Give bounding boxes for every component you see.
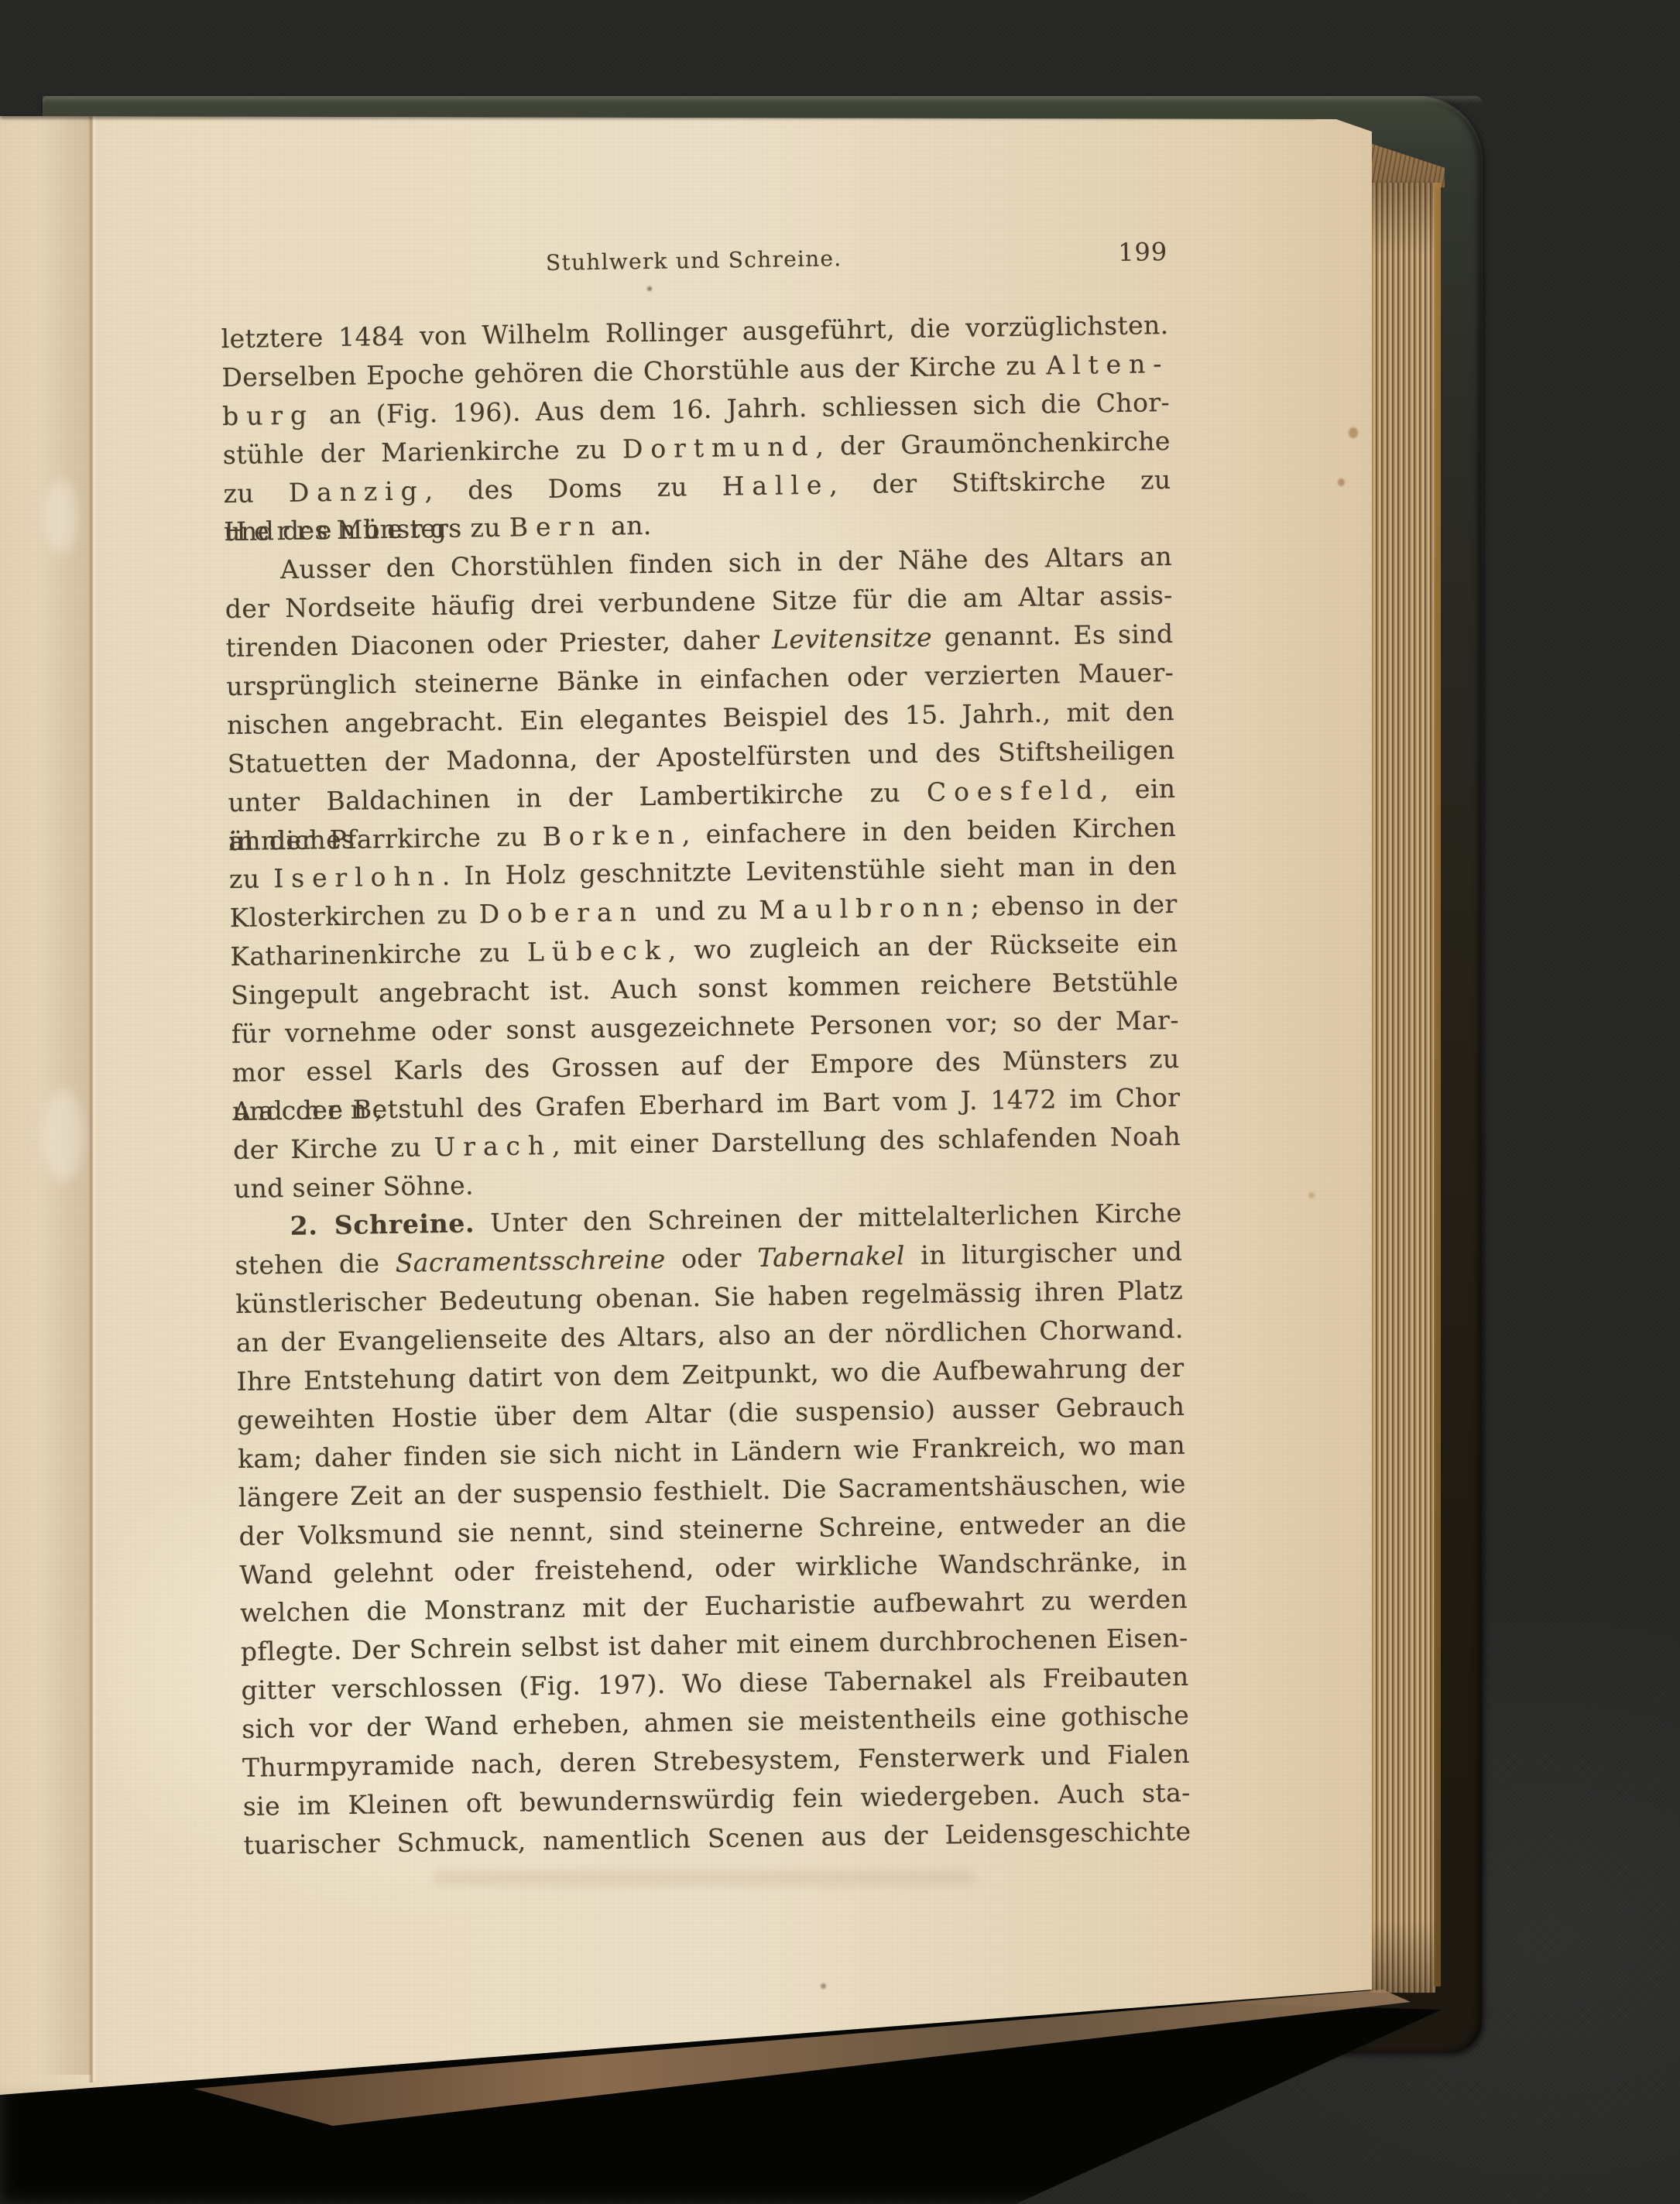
text-segment: und seiner Söhne. — [234, 1170, 474, 1204]
text-segment: Iserlohn — [273, 861, 442, 893]
fore-edge-page-stack — [1370, 183, 1435, 1993]
text-segment: zu — [223, 477, 289, 508]
text-segment: genannt. Es sind — [932, 619, 1174, 653]
body-text: letztere 1484 von Wilhelm Rollinger ausg… — [221, 306, 1191, 1865]
text-segment: Alten- — [1046, 348, 1170, 380]
text-segment: Tabernakel — [757, 1241, 905, 1273]
text-segment: in der Pfarrkirche zu — [228, 821, 543, 856]
text-segment: oder — [665, 1243, 757, 1274]
page-header: Stuhlwerk und Schreine. 199 — [220, 236, 1168, 286]
text-segment: , mit einer Darstellung des schlafenden … — [552, 1121, 1181, 1160]
text-segment: Bern — [509, 511, 603, 543]
text-segment: in liturgischer und — [905, 1236, 1183, 1270]
text-segment: Danzig — [288, 475, 424, 508]
book-page: Stuhlwerk und Schreine. 199 letztere 148… — [0, 0, 1394, 2137]
text-segment: . In Holz geschnitzte Levitenstühle sieh… — [441, 850, 1177, 891]
text-segment: Maulbronn — [759, 892, 971, 925]
text-segment: Unter den Schreinen der mittelalterliche… — [475, 1198, 1182, 1239]
text-segment: stehen die — [235, 1248, 396, 1280]
text-segment: Halle — [722, 469, 829, 501]
photographed-book-scene: Stuhlwerk und Schreine. 199 letztere 148… — [0, 0, 1680, 2204]
text-segment: und zu — [643, 895, 759, 927]
text-segment: und des Münsters zu — [224, 512, 509, 547]
text-segment: Levitensitze — [772, 622, 933, 655]
text-segment: stühle der Marienkirche zu — [223, 434, 623, 470]
running-title: Stuhlwerk und Schreine. — [220, 236, 1168, 286]
text-segment: , der Graumönchenkirche — [815, 426, 1171, 461]
cover-edge-gilt-line — [1434, 183, 1441, 1986]
text-segment: unter Baldachinen in der Lambertikirche … — [228, 776, 927, 817]
page-number: 199 — [1118, 234, 1168, 270]
text-segment: Lübeck — [527, 935, 668, 968]
text-segment: , der Stiftskirche zu — [829, 464, 1171, 500]
text-segment: , des Doms zu — [424, 471, 722, 506]
text-segment: Katharinenkirche zu — [230, 937, 527, 972]
text-segment: 2. Schreine. — [290, 1208, 475, 1242]
text-segment: Coesfeld — [927, 774, 1101, 807]
text-segment: Urach — [434, 1130, 552, 1162]
text-segment: der Kirche zu — [233, 1132, 434, 1165]
text-segment: ; ebenso in der — [971, 889, 1178, 922]
printed-area: Stuhlwerk und Schreine. 199 letztere 148… — [0, 0, 1409, 2147]
text-segment: tirenden Diaconen oder Priester, daher — [225, 625, 772, 663]
text-segment: Sacramentsschreine — [395, 1244, 665, 1278]
text-segment: Klosterkirchen zu — [229, 900, 479, 934]
text-segment: Doberan — [478, 897, 644, 930]
text-segment: an. — [602, 510, 652, 541]
text-segment: , wo zugleich an der Rückseite ein — [667, 927, 1178, 965]
text-segment: burg — [222, 399, 314, 431]
text-segment: Dortmund — [622, 430, 816, 464]
text-segment: , einfachere in den beiden Kirchen — [682, 812, 1177, 849]
text-segment: Borken — [542, 819, 682, 852]
text-segment: zu — [229, 864, 274, 895]
